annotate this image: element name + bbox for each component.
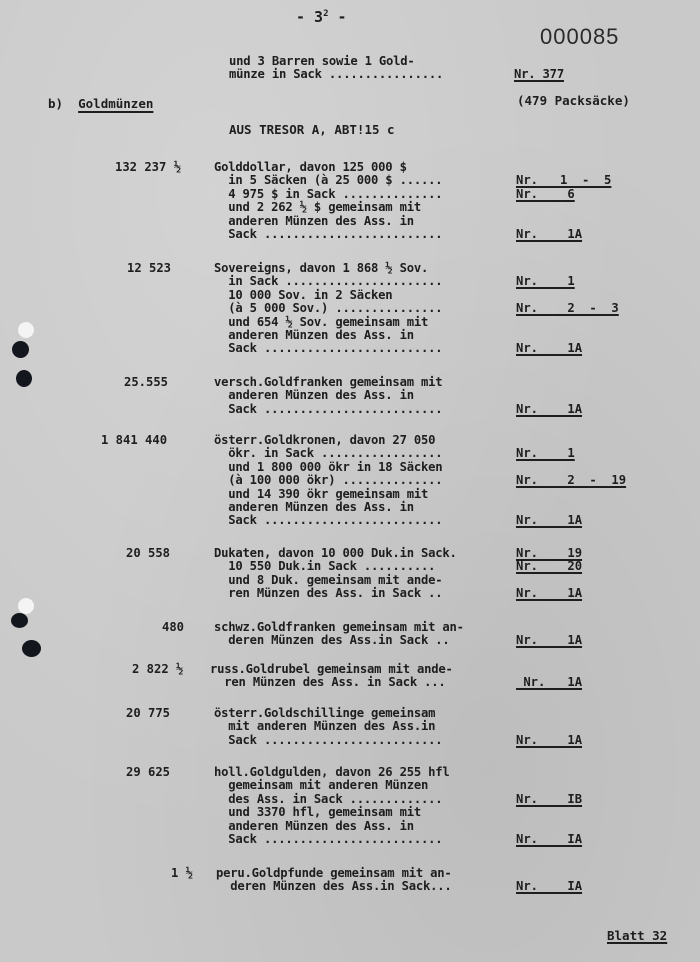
description-line: Sack ......................... (214, 832, 450, 845)
sack-reference: Nr. 1 - 5 (516, 173, 611, 187)
entry-quantity: 25.555 (124, 375, 168, 389)
description-line: und 3370 hfl, gemeinsam mit (214, 805, 450, 818)
entry-description: peru.Goldpfunde gemeinsam mit an- deren … (216, 866, 452, 893)
sack-reference: Nr. 1 (516, 446, 575, 460)
sack-reference: Nr. 1A (516, 586, 582, 600)
description-line: anderen Münzen des Ass. in (214, 328, 442, 341)
sack-reference: Nr. 1A (516, 513, 582, 527)
entry-description: österr.Goldkronen, davon 27 050 ökr. in … (214, 433, 442, 527)
sack-reference: Nr. 1A (516, 733, 582, 747)
sack-reference: Nr. 19 (516, 546, 582, 560)
description-line: in Sack ...................... (214, 274, 442, 287)
pack-count: (479 Packsäcke) (517, 93, 630, 108)
document-number: 000085 (540, 24, 619, 50)
description-line: 10 000 Sov. in 2 Säcken (214, 288, 442, 301)
punch-hole (18, 598, 34, 614)
carryover-reference: Nr. 377 (514, 68, 564, 81)
description-line: und 14 390 ökr gemeinsam mit (214, 487, 442, 500)
description-line: österr.Goldschillinge gemeinsam (214, 706, 442, 719)
description-line: ren Münzen des Ass. in Sack .. (214, 586, 457, 599)
description-line: anderen Münzen des Ass. in (214, 214, 442, 227)
sack-reference: Nr. 6 (516, 187, 575, 201)
description-line: anderen Münzen des Ass. in (214, 819, 450, 832)
entry-description: Sovereigns, davon 1 868 ½ Sov. in Sack .… (214, 261, 442, 355)
entry-quantity: 1 841 440 (101, 433, 167, 447)
entry-description: russ.Goldrubel gemeinsam mit ande- ren M… (210, 662, 453, 689)
description-line: Sovereigns, davon 1 868 ½ Sov. (214, 261, 442, 274)
sack-reference: Nr. 1A (516, 675, 582, 689)
description-line: und 8 Duk. gemeinsam mit ande- (214, 573, 457, 586)
description-line: und 1 800 000 ökr in 18 Säcken (214, 460, 442, 473)
sack-reference: Nr. IB (516, 792, 582, 806)
entry-quantity: 29 625 (126, 765, 170, 779)
entry-quantity: 20 558 (126, 546, 170, 560)
punch-hole (22, 640, 41, 657)
sack-reference: Nr. 20 (516, 559, 582, 573)
entry-description: Golddollar, davon 125 000 $ in 5 Säcken … (214, 160, 442, 240)
sheet-label: Blatt 32 (607, 928, 667, 943)
description-line: (à 100 000 ökr) .............. (214, 473, 442, 486)
description-line: anderen Münzen des Ass. in (214, 500, 442, 513)
entry-quantity: 132 237 ½ (115, 160, 181, 174)
entry-quantity: 2 822 ½ (132, 662, 183, 676)
description-line: ökr. in Sack ................. (214, 446, 442, 459)
sack-reference: Nr. IA (516, 879, 582, 893)
entry-quantity: 12 523 (127, 261, 171, 275)
description-line: österr.Goldkronen, davon 27 050 (214, 433, 442, 446)
description-line: und 2 262 ½ $ gemeinsam mit (214, 200, 442, 213)
section-heading: b) Goldmünzen (48, 96, 153, 111)
description-line: 4 975 $ in Sack .............. (214, 187, 442, 200)
description-line: peru.Goldpfunde gemeinsam mit an- (216, 866, 452, 879)
description-line: russ.Goldrubel gemeinsam mit ande- (210, 662, 453, 675)
vault-source: AUS TRESOR A, ABT!15 c (229, 122, 395, 137)
sack-reference: Nr. 2 - 3 (516, 301, 619, 315)
description-line: anderen Münzen des Ass. in (214, 388, 442, 401)
description-line: Dukaten, davon 10 000 Duk.in Sack. (214, 546, 457, 559)
description-line: gemeinsam mit anderen Münzen (214, 778, 450, 791)
punch-hole (12, 341, 29, 358)
description-line: Sack ......................... (214, 402, 442, 415)
description-line: deren Münzen des Ass.in Sack .. (214, 633, 464, 646)
description-line: und 654 ½ Sov. gemeinsam mit (214, 315, 442, 328)
description-line: Sack ......................... (214, 733, 442, 746)
entry-description: Dukaten, davon 10 000 Duk.in Sack. 10 55… (214, 546, 457, 600)
description-line: versch.Goldfranken gemeinsam mit (214, 375, 442, 388)
description-line: Sack ......................... (214, 341, 442, 354)
description-line: schwz.Goldfranken gemeinsam mit an- (214, 620, 464, 633)
description-line: (à 5 000 Sov.) ............... (214, 301, 442, 314)
entry-description: versch.Goldfranken gemeinsam mit anderen… (214, 375, 442, 415)
document-page: - 32 - 000085 und 3 Barren sowie 1 Gold-… (0, 0, 700, 962)
entry-quantity: 480 (162, 620, 184, 634)
description-line: ren Münzen des Ass. in Sack ... (210, 675, 453, 688)
sack-reference: Nr. IA (516, 832, 582, 846)
punch-hole (11, 613, 28, 628)
punch-hole (16, 370, 32, 387)
punch-hole (18, 322, 34, 338)
sack-reference: Nr. 1A (516, 341, 582, 355)
sack-reference: Nr. 1 (516, 274, 575, 288)
entry-description: schwz.Goldfranken gemeinsam mit an- dere… (214, 620, 464, 647)
sack-reference: Nr. 1A (516, 402, 582, 416)
carryover-line: münze in Sack ................ (229, 68, 443, 81)
sack-reference: Nr. 2 - 19 (516, 473, 626, 487)
sack-reference: Nr. 1A (516, 633, 582, 647)
entry-quantity: 1 ½ (171, 866, 193, 880)
page-marker: - 32 - (296, 8, 347, 26)
description-line: Golddollar, davon 125 000 $ (214, 160, 442, 173)
description-line: in 5 Säcken (à 25 000 $ ...... (214, 173, 442, 186)
description-line: Sack ......................... (214, 227, 442, 240)
description-line: deren Münzen des Ass.in Sack... (216, 879, 452, 892)
description-line: holl.Goldgulden, davon 26 255 hfl (214, 765, 450, 778)
description-line: 10 550 Duk.in Sack .......... (214, 559, 457, 572)
description-line: Sack ......................... (214, 513, 442, 526)
description-line: des Ass. in Sack ............. (214, 792, 450, 805)
entry-description: österr.Goldschillinge gemeinsam mit ande… (214, 706, 442, 746)
entry-description: holl.Goldgulden, davon 26 255 hfl gemein… (214, 765, 450, 845)
entry-quantity: 20 775 (126, 706, 170, 720)
description-line: mit anderen Münzen des Ass.in (214, 719, 442, 732)
sack-reference: Nr. 1A (516, 227, 582, 241)
